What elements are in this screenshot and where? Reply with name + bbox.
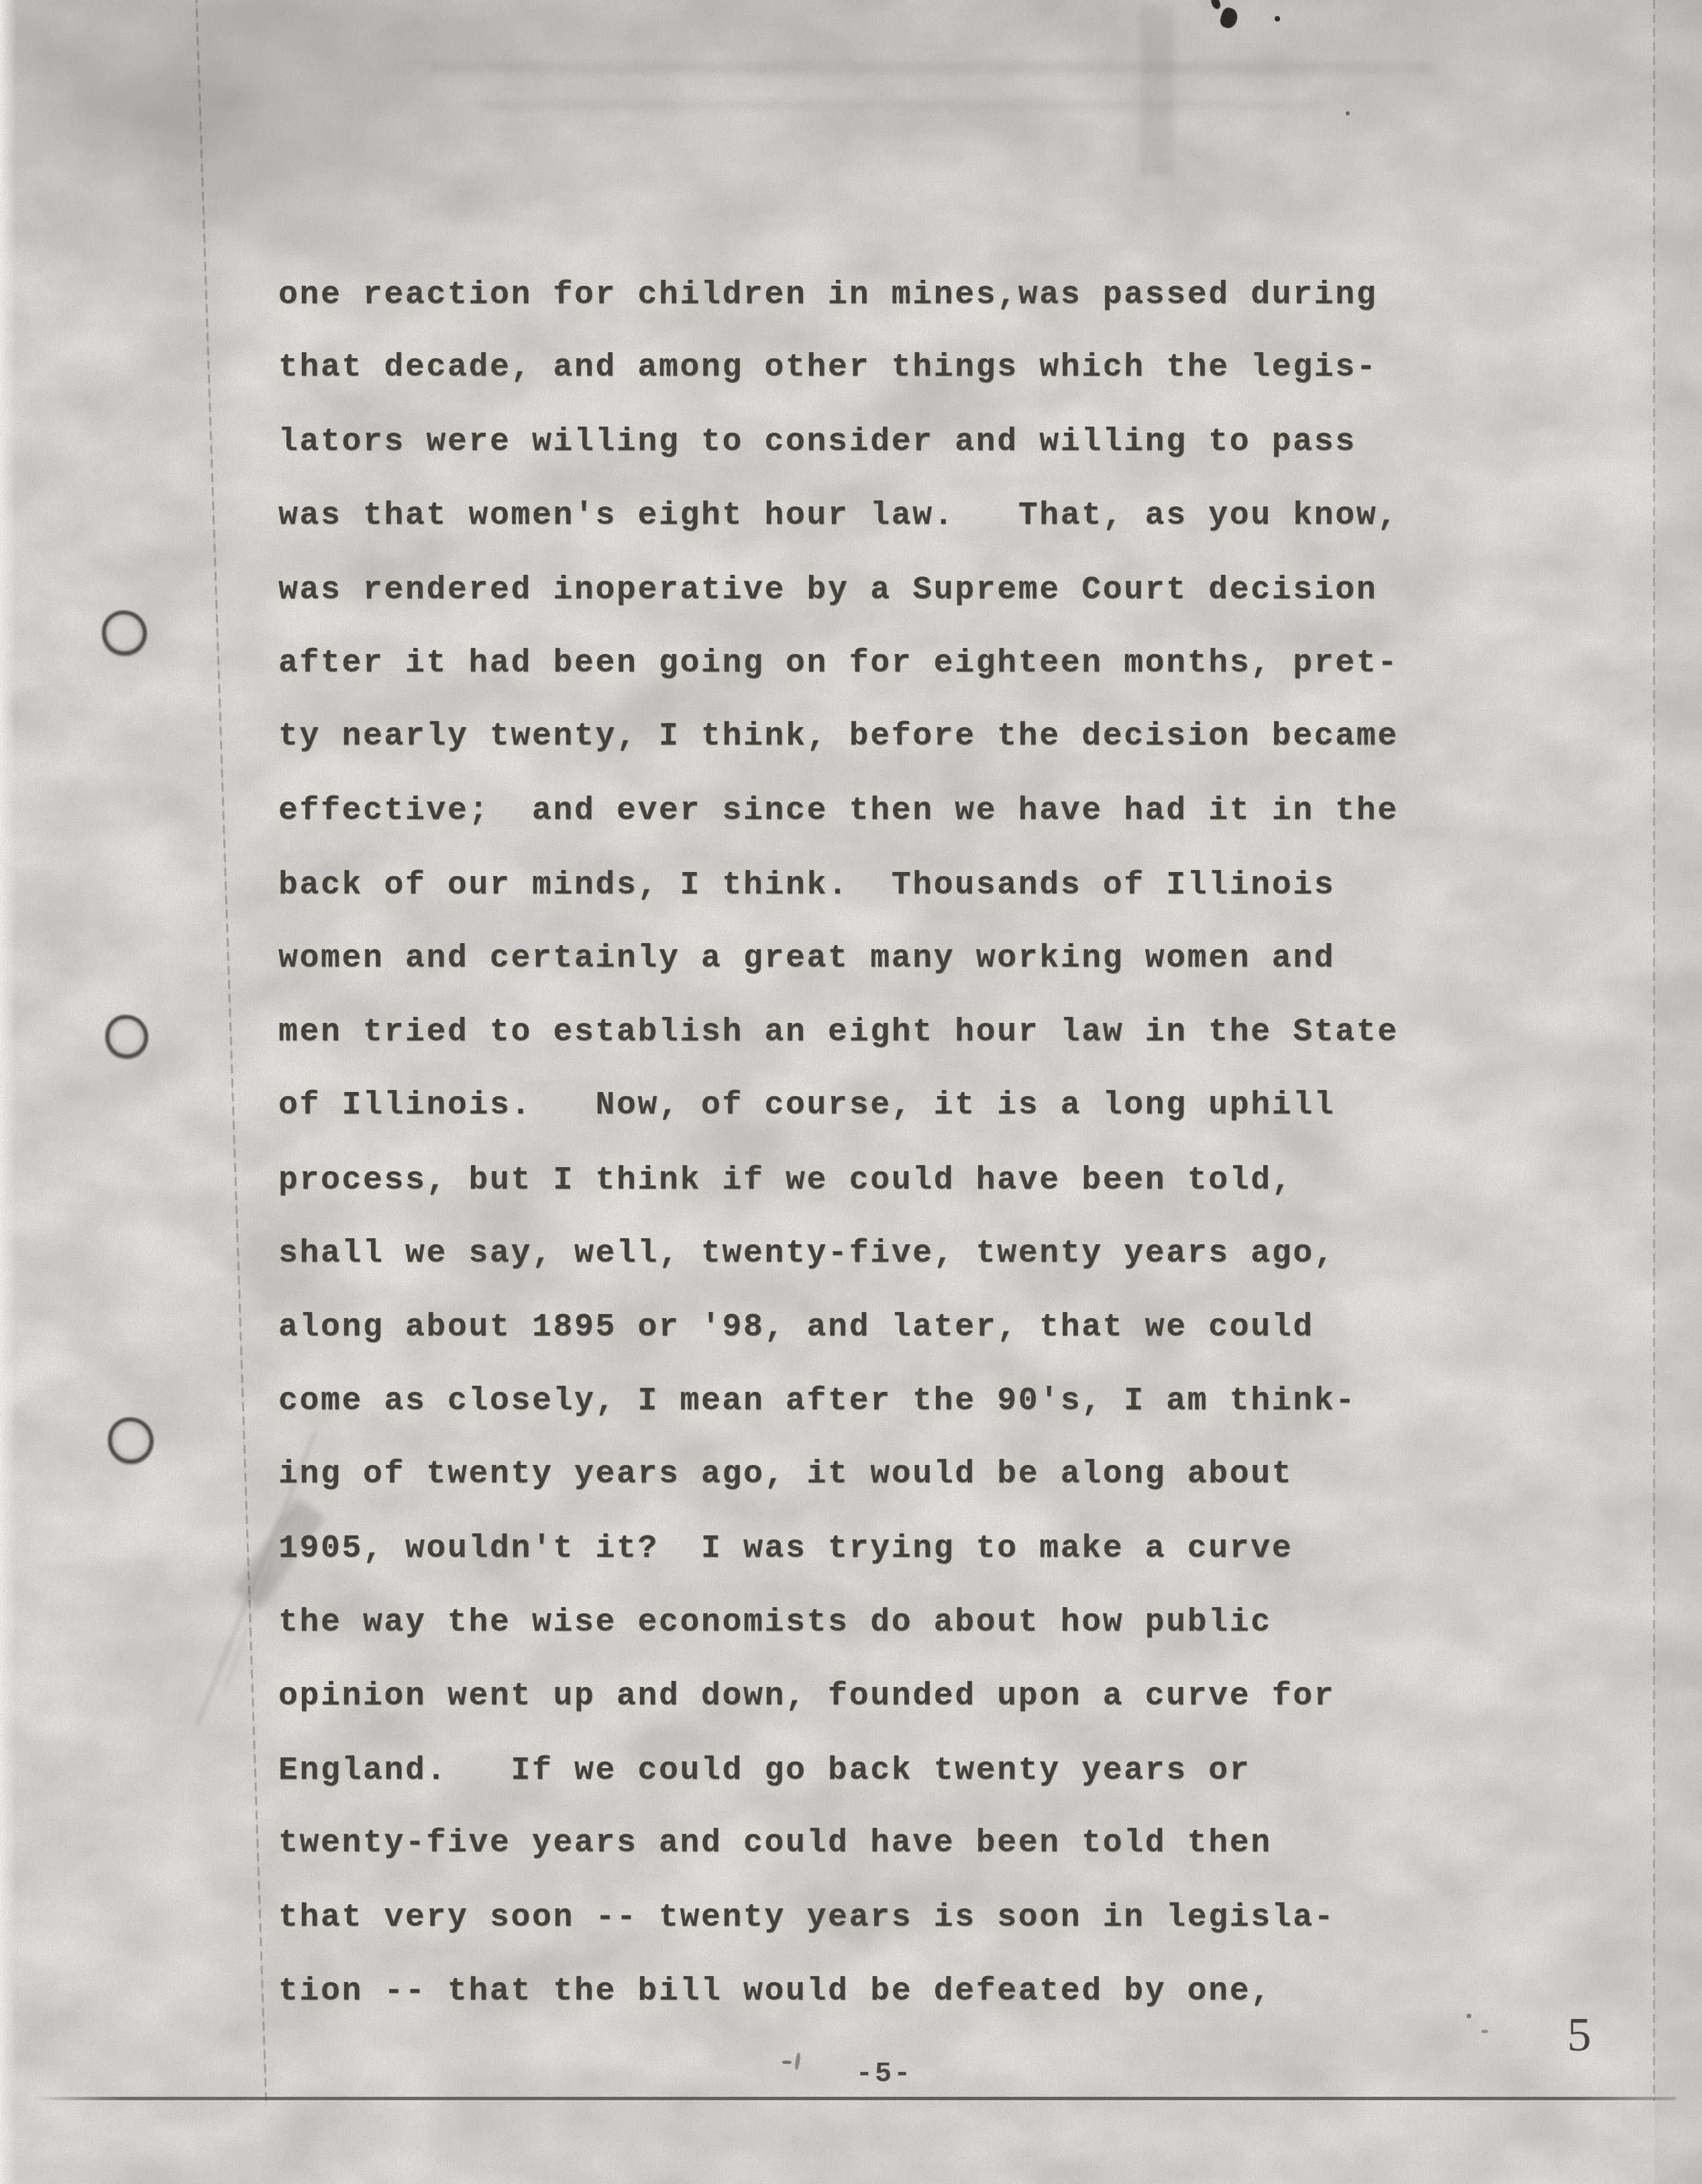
typed-line: women and certainly a great many working… [278, 922, 1399, 995]
typed-line: was rendered inoperative by a Supreme Co… [278, 553, 1399, 627]
typed-line: ing of twenty years ago, it would be alo… [278, 1437, 1399, 1511]
ink-blob [1218, 6, 1240, 30]
ink-blob [1209, 0, 1222, 11]
typed-line: men tried to establish an eight hour law… [278, 995, 1399, 1069]
typed-line: ty nearly twenty, I think, before the de… [278, 700, 1399, 773]
typed-line: twenty-five years and could have been to… [278, 1806, 1399, 1880]
typed-line: tion -- that the bill would be defeated … [278, 1955, 1399, 2028]
corner-page-number: 5 [1567, 2007, 1591, 2063]
left-scan-edge [0, 0, 16, 2184]
ghost-text-smudge [429, 62, 1436, 74]
typed-line: lators were willing to consider and will… [278, 405, 1399, 479]
typed-line: along about 1895 or '98, and later, that… [278, 1291, 1399, 1364]
typed-line: of Illinois. Now, of course, it is a lon… [278, 1069, 1399, 1142]
typed-line: one reaction for children in mines,was p… [278, 258, 1399, 332]
typed-line: 1905, wouldn't it? I was trying to make … [278, 1512, 1399, 1586]
typed-line: that decade, and among other things whic… [278, 331, 1399, 404]
typed-line: after it had been going on for eighteen … [278, 626, 1399, 700]
typed-line: opinion went up and down, founded upon a… [278, 1659, 1399, 1733]
ink-speck [1346, 111, 1350, 115]
typed-line: that very soon -- twenty years is soon i… [278, 1881, 1399, 1955]
left-stitch-line [195, 0, 267, 2106]
pencil-mark [794, 2053, 801, 2071]
typed-line: the way the wise economists do about how… [278, 1586, 1399, 1659]
typed-line: process, but I think if we could have be… [278, 1144, 1399, 1217]
right-stitch-line [1653, 0, 1655, 2101]
footer-page-label: -5- [856, 2058, 913, 2090]
ghost-text-smudge [483, 101, 1322, 110]
scanned-document-page: one reaction for children in mines,was p… [0, 0, 1702, 2184]
hole-punch [105, 1015, 148, 1058]
right-edge-shading [1654, 0, 1702, 2184]
ink-speck [1275, 16, 1280, 21]
typed-line: England. If we could go back twenty year… [278, 1734, 1399, 1808]
pencil-mark [782, 2061, 792, 2064]
hole-punch [108, 1417, 154, 1464]
pencil-speck [1467, 2014, 1471, 2018]
typed-line: shall we say, well, twenty-five, twenty … [278, 1217, 1399, 1291]
bottom-page-edge-line [35, 2097, 1676, 2100]
vertical-smudge [1140, 7, 1174, 174]
typed-line: was that women's eight hour law. That, a… [278, 479, 1399, 553]
typed-line: come as closely, I mean after the 90's, … [278, 1364, 1399, 1438]
hole-punch [102, 610, 147, 655]
typed-text-block: one reaction for children in mines,was p… [278, 258, 1399, 2028]
typed-line: effective; and ever since then we have h… [278, 774, 1399, 848]
pencil-speck [1481, 2030, 1488, 2033]
typed-line: back of our minds, I think. Thousands of… [278, 849, 1399, 922]
